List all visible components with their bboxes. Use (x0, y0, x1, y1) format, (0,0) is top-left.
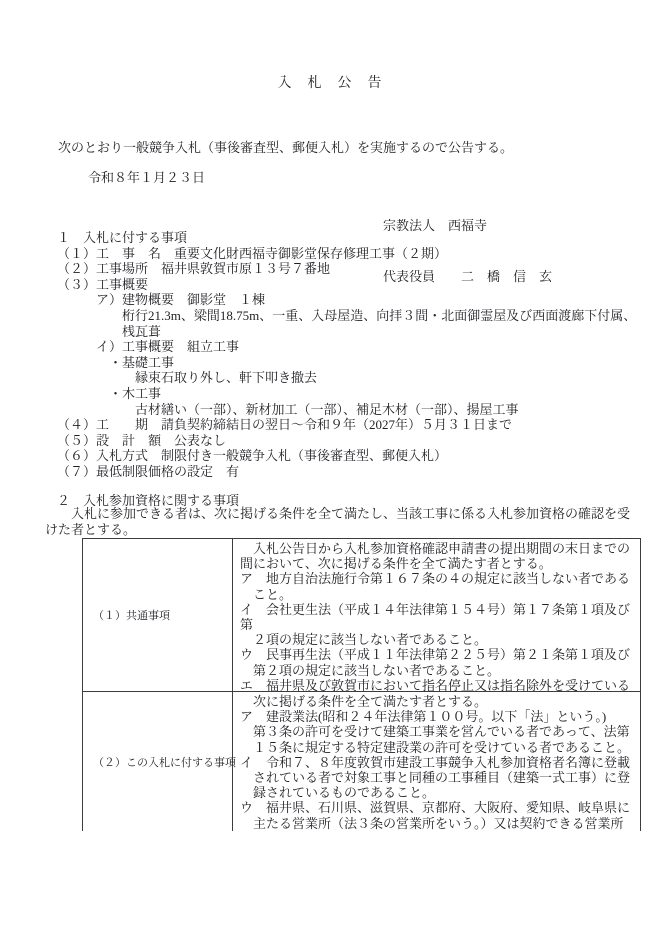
section-2-lead-paragraph: 入札に参加できる者は、次に掲げる条件を全て満たし、当該工事に係る入札参加資格の確… (45, 506, 645, 537)
announcement-date: 令和８年１月２３日 (88, 167, 205, 186)
bid-announcement-page: 入 札 公 告 次のとおり一般競争入札（事後審査型、郵便入札）を実施するので公告… (0, 0, 660, 929)
table-row-label: （１）共通事項 (83, 539, 233, 691)
section-1-bid-items: １ 入札に付する事項 （１）工 事 名 重要文化財西福寺御影堂保存修理工事（２期… (57, 230, 652, 480)
qualification-table: （１）共通事項 入札公告日から入札参加資格確認申請書の提出期間の末日までの 間に… (82, 538, 641, 831)
table-row-label: （２）この入札に付する事項 (83, 692, 233, 831)
table-row-content: 次に掲げる条件を全て満たす者とする。 ア 建設業法(昭和２４年法律第１００号。以… (233, 692, 640, 831)
table-row: （１）共通事項 入札公告日から入札参加資格確認申請書の提出期間の末日までの 間に… (83, 539, 640, 691)
intro-paragraph: 次のとおり一般競争入札（事後審査型、郵便入札）を実施するので公告する。 (45, 137, 513, 156)
table-row-content: 入札公告日から入札参加資格確認申請書の提出期間の末日までの 間において、次に掲げ… (233, 539, 640, 691)
table-row: （２）この入札に付する事項 次に掲げる条件を全て満たす者とする。 ア 建設業法(… (83, 691, 640, 831)
page-title: 入 札 公 告 (0, 72, 660, 92)
